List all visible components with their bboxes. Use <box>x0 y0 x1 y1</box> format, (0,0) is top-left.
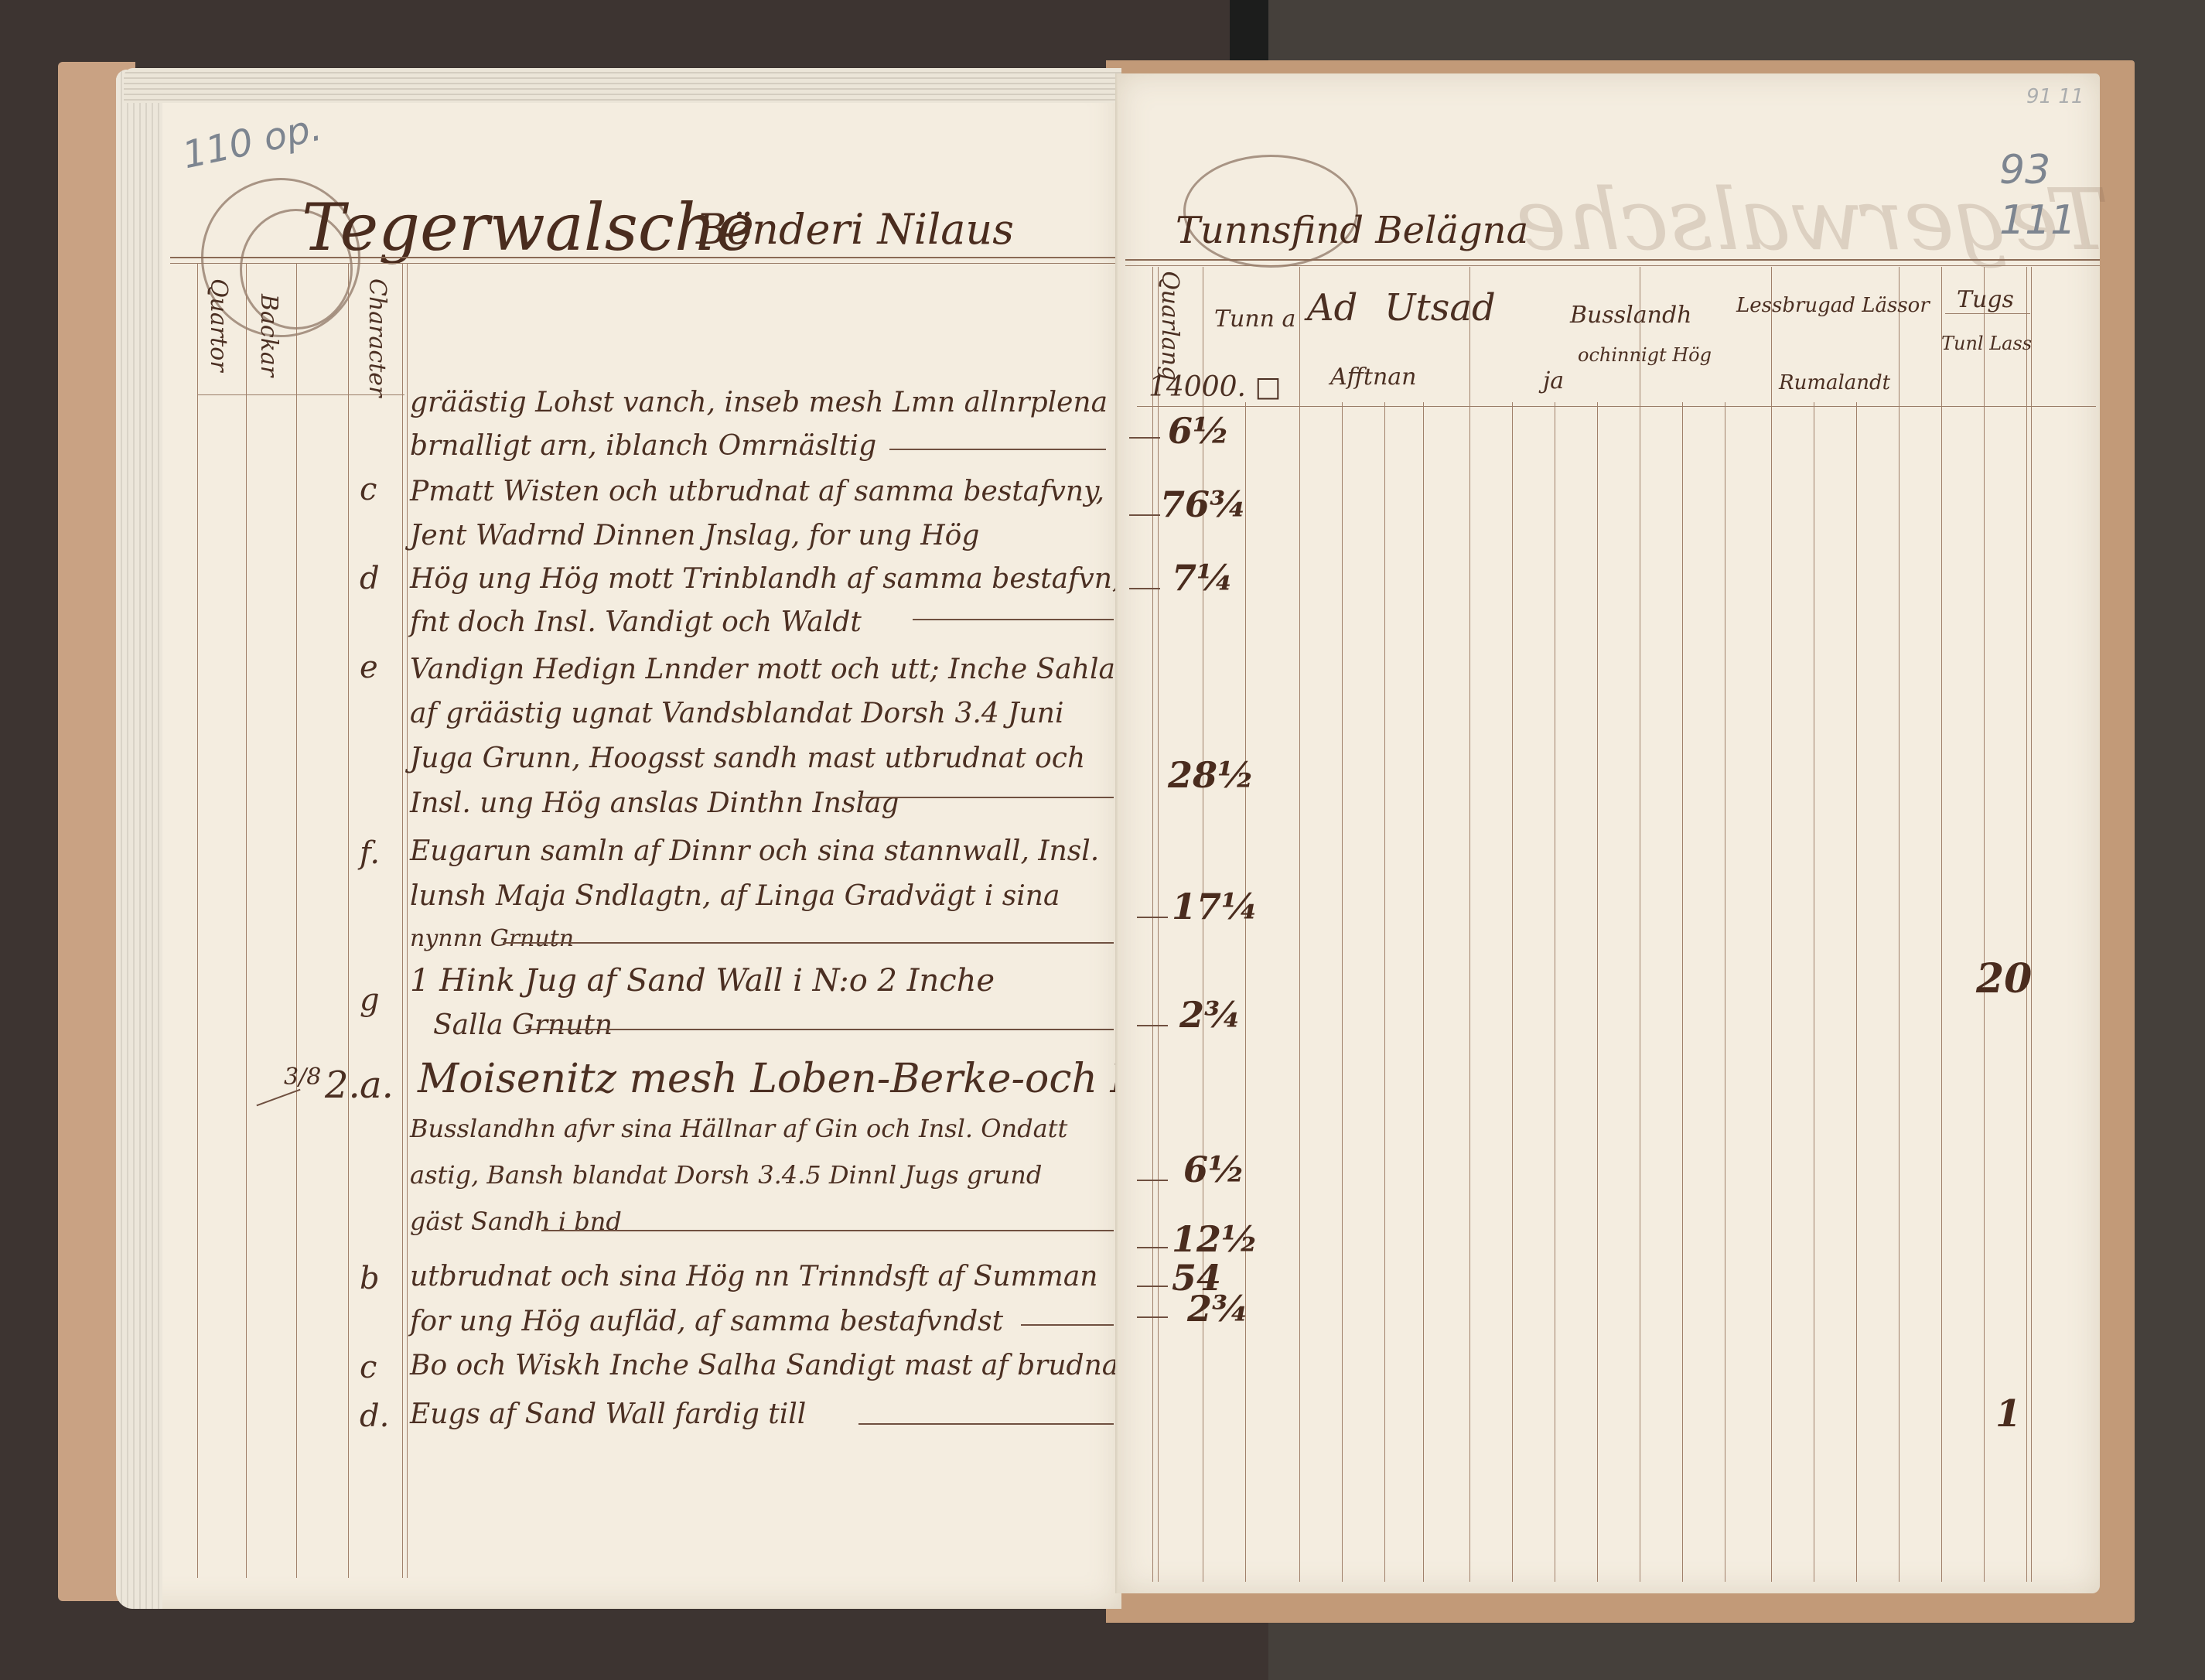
entry-line: lunsh Maja Sndlagtn, af Linga Gradvägt i… <box>410 880 1060 912</box>
column-line <box>1941 267 1942 1582</box>
column-header-tugs-sub: Tunl Lass <box>1941 333 2032 354</box>
column-line <box>1469 267 1470 1582</box>
row-tick <box>1137 1247 1168 1248</box>
entry-line: Pmatt Wisten och utbrudnat af samma best… <box>410 476 1104 507</box>
header-rule <box>170 263 1118 264</box>
header-rule <box>170 257 1118 258</box>
entry-line: astig, Bansh blandat Dorsh 3.4.5 Dinnl J… <box>410 1160 1042 1190</box>
tugs-value: 1 <box>1995 1392 2021 1436</box>
entry-line: brnalligt arn, iblanch Omrnäsltig <box>410 430 876 462</box>
column-line <box>2031 267 2032 1582</box>
left-page-top-edges <box>124 68 1121 103</box>
pencil-page-number: 93 <box>1999 147 2050 193</box>
entry-line: gäst Sandh i bnd <box>410 1207 622 1236</box>
entry-line: Vandign Hedign Lnnder mott och utt; Inch… <box>410 654 1115 685</box>
quarlang-value: 28½ <box>1168 754 1254 796</box>
column-line <box>2026 267 2027 1582</box>
column-header-tunna: Tunn a <box>1214 306 1295 333</box>
header-total: 14000. □ <box>1149 371 1281 403</box>
column-header-utsad: Utsad <box>1384 286 1496 330</box>
column-header-character: Character <box>364 278 391 397</box>
entry-letter: b <box>360 1261 380 1296</box>
quarlang-value: 2¾ <box>1179 994 1241 1036</box>
column-line <box>1725 402 1725 1582</box>
tugs-value: 20 <box>1976 955 2032 1002</box>
line-end-rule <box>541 1230 1114 1231</box>
entry-line: utbrudnat och sina Hög nn Trinndsft af S… <box>410 1261 1097 1292</box>
column-line <box>1555 402 1555 1582</box>
column-header-busslandh-sub: ochinnigt Hög <box>1578 344 1712 366</box>
page-subtitle: Bönder <box>696 205 850 254</box>
column-line <box>1384 402 1385 1582</box>
page-subtitle-place: i Nilaus <box>851 205 1014 254</box>
header-sub-rule <box>1945 313 2030 314</box>
entry-line: fnt doch Insl. Vandigt och Waldt <box>410 606 862 638</box>
column-line <box>1512 402 1513 1582</box>
column-line <box>1899 267 1900 1582</box>
row-tick <box>1129 588 1160 589</box>
entry-line: for ung Hög aufläd, af samma bestafvndst <box>410 1306 1003 1337</box>
column-line <box>1814 402 1814 1582</box>
quarter-fraction: 3/8 <box>284 1064 321 1091</box>
row-tick <box>1137 1025 1168 1026</box>
entry-letter: c <box>360 1350 377 1385</box>
column-line <box>1640 267 1640 1582</box>
entry-line: 1 Hink Jug af Sand Wall i N:o 2 Inche <box>410 963 995 999</box>
line-end-rule <box>526 1029 1114 1030</box>
row-tick <box>1129 437 1160 439</box>
entry-line: Eugs af Sand Wall fardig till <box>410 1398 806 1430</box>
column-header-quarlang: Quarlang <box>1156 271 1183 381</box>
column-line <box>1682 402 1683 1582</box>
column-line <box>407 263 408 1578</box>
entry-line: Busslandhn afvr sina Hällnar af Gin och … <box>410 1114 1067 1143</box>
column-line <box>402 263 403 1578</box>
quarlang-value: 17¼ <box>1172 886 1258 927</box>
left-page-stacked-edges <box>116 70 162 1609</box>
column-line <box>1299 267 1300 1582</box>
row-tick <box>1137 1286 1168 1287</box>
column-line <box>246 263 247 1578</box>
row-tick <box>1137 1180 1168 1181</box>
header-rule <box>1125 259 2100 261</box>
column-line <box>1423 402 1424 1582</box>
column-header-ad-sub: Afftnan <box>1330 364 1417 391</box>
column-header-quartor: Quartor <box>205 278 232 372</box>
header-rule <box>1125 265 2100 266</box>
row-tick <box>1137 917 1168 918</box>
entry-letter: d. <box>360 1398 389 1434</box>
right-page-heading: Tunnsfind Belägna <box>1176 209 1528 252</box>
entry-letter: e <box>360 650 378 685</box>
entry-line: af gräästig ugnat Vandsblandat Dorsh 3.4… <box>410 698 1064 729</box>
entry-number: 2. <box>325 1064 360 1107</box>
entry-line: Hög ung Hög mott Trinblandh af samma bes… <box>410 563 1121 595</box>
line-end-rule <box>503 942 1114 944</box>
column-header-rule <box>1137 406 2096 407</box>
column-header-ad: Ad <box>1307 286 1357 330</box>
column-line <box>1158 267 1159 1582</box>
column-line <box>197 263 198 1578</box>
quarlang-value: 76¾ <box>1160 483 1247 525</box>
line-end-rule <box>858 1423 1114 1425</box>
column-line <box>1245 402 1246 1582</box>
entry-letter: a. <box>360 1064 394 1107</box>
column-header-tugs: Tugs <box>1957 286 2014 313</box>
entry-line: gräästig Lohst vanch, inseb mesh Lmn all… <box>410 387 1108 418</box>
column-line <box>1984 267 1985 1582</box>
row-tick <box>1129 514 1160 516</box>
entry-line: Bo och Wiskh Inche Salha Sandigt mast af… <box>410 1350 1192 1381</box>
entry-line: Insl. ung Hög anslas Dinthn Inslag <box>410 787 899 819</box>
column-header-backar: Backar <box>255 294 282 377</box>
line-end-rule <box>889 449 1106 450</box>
entry-line: Eugarun samln af Dinnr och sina stannwal… <box>410 835 1099 867</box>
column-line <box>1856 402 1857 1582</box>
column-line <box>1597 402 1598 1582</box>
quarlang-value: 6½ <box>1168 410 1230 452</box>
column-header-lessbrugad-sub: Rumalandt <box>1779 371 1890 394</box>
entry-line: nynnn Grnutn <box>410 925 574 952</box>
column-line <box>1771 267 1772 1582</box>
column-line <box>1342 402 1343 1582</box>
entry-letter: g <box>360 982 380 1018</box>
column-line <box>296 263 297 1578</box>
column-header-busslandh: Busslandh <box>1570 302 1692 329</box>
entry-line: Salla Grnutn <box>433 1009 613 1041</box>
column-header-utsad-sub: ja <box>1543 367 1564 394</box>
entry-letter: d <box>360 561 380 596</box>
row-tick <box>1137 1316 1168 1318</box>
entry-letter: f. <box>360 835 380 871</box>
quarlang-value: 2¾ <box>1187 1288 1249 1330</box>
pencil-corner-mark: 91 11 <box>2026 85 2084 108</box>
entry-line: Juga Grunn, Hoogsst sandh mast utbrudnat… <box>410 743 1085 774</box>
quarlang-value: 6½ <box>1183 1149 1245 1190</box>
pencil-page-number: 111 <box>1999 197 2076 244</box>
column-line <box>348 263 349 1578</box>
quarlang-value: 12½ <box>1172 1218 1258 1260</box>
line-end-rule <box>858 797 1114 798</box>
page-title: Tegerwalsche <box>302 190 755 265</box>
quarlang-value: 7¼ <box>1172 557 1234 599</box>
line-end-rule <box>913 619 1114 620</box>
entry-letter: c <box>360 472 377 507</box>
entry-line: Jent Wadrnd Dinnen Jnslag, for ung Hög <box>410 520 979 551</box>
column-line <box>1152 267 1153 1582</box>
column-header-lessbrugad: Lessbrugad Lässor <box>1736 294 1930 317</box>
line-end-rule <box>1021 1324 1114 1326</box>
